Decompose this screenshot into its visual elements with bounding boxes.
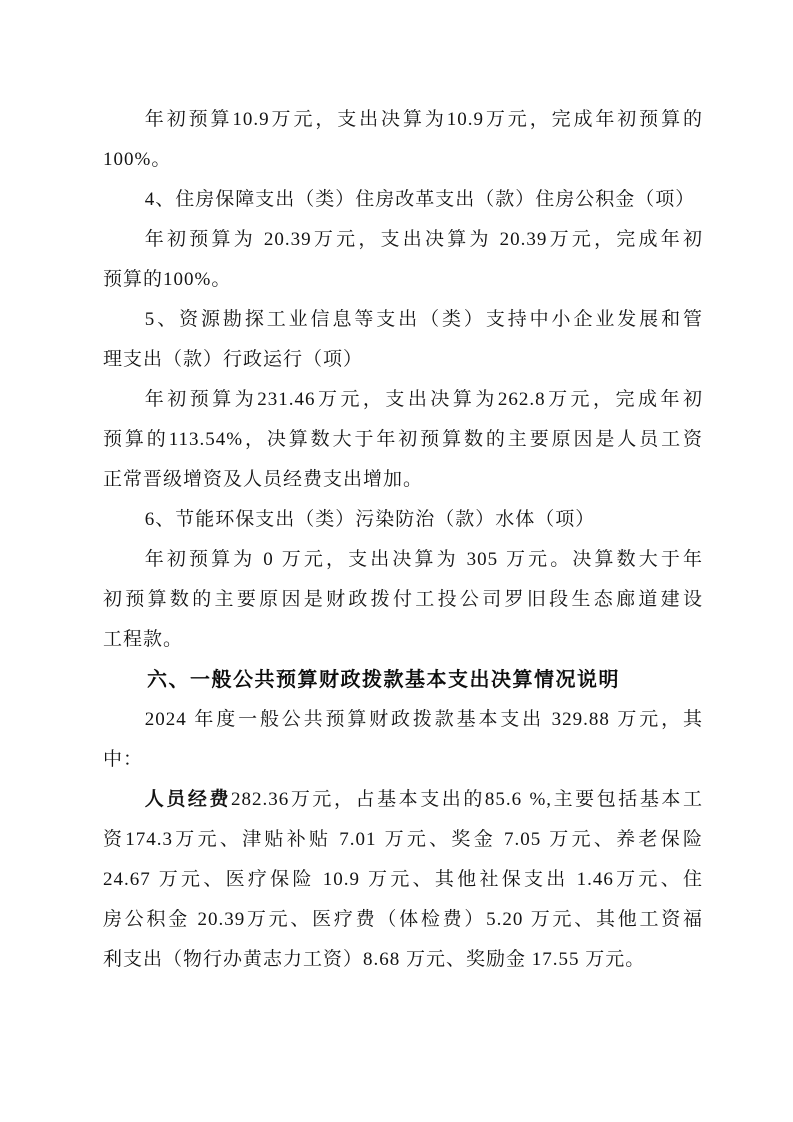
para-item-4-detail: 年初预算为 20.39万元，支出决算为 20.39万元，完成年初预算的100%。 <box>103 220 703 300</box>
paragraph-line: 理支出（款）行政运行（项） <box>103 340 703 380</box>
text-segment: 中： <box>103 749 143 770</box>
paragraph-line: 中： <box>103 740 703 780</box>
text-segment: 预算的113.54%，决算数大于年初预算数的主要原因是人员工资 <box>103 429 703 450</box>
para-item-5-detail: 年初预算为231.46万元，支出决算为262.8万元，完成年初预算的113.54… <box>103 380 703 500</box>
para-item-6-title: 6、节能环保支出（类）污染防治（款）水体（项） <box>103 500 703 540</box>
paragraph-line: 年初预算为 0 万元，支出决算为 305 万元。决算数大于年 <box>103 540 703 580</box>
para-item-6-detail: 年初预算为 0 万元，支出决算为 305 万元。决算数大于年初预算数的主要原因是… <box>103 540 703 660</box>
text-segment: 预算的100%。 <box>103 269 231 290</box>
text-segment: 工程款。 <box>103 629 183 650</box>
paragraph-line: 4、住房保障支出（类）住房改革支出（款）住房公积金（项） <box>103 180 703 220</box>
paragraph-line: 年初预算为 20.39万元，支出决算为 20.39万元，完成年初 <box>103 220 703 260</box>
document-page: 年初预算10.9万元，支出决算为10.9万元，完成年初预算的100%。4、住房保… <box>0 0 793 1122</box>
para-item-5-title: 5、资源勘探工业信息等支出（类）支持中小企业发展和管理支出（款）行政运行（项） <box>103 300 703 380</box>
text-segment: 利支出（物行办黄志力工资）8.68 万元、奖励金 17.55 万元。 <box>103 949 645 970</box>
paragraph-line: 人员经费282.36万元，占基本支出的85.6 %,主要包括基本工 <box>103 780 703 820</box>
heading-section-six: 六、一般公共预算财政拨款基本支出决算情况说明 <box>103 660 703 700</box>
text-segment: 年初预算为 20.39万元，支出决算为 20.39万元，完成年初 <box>145 229 703 250</box>
paragraph-line: 2024 年度一般公共预算财政拨款基本支出 329.88 万元，其 <box>103 700 703 740</box>
para-item-4-title: 4、住房保障支出（类）住房改革支出（款）住房公积金（项） <box>103 180 703 220</box>
text-segment: 年初预算为231.46万元，支出决算为262.8万元，完成年初 <box>145 389 703 410</box>
paragraph-line: 24.67 万元、医疗保险 10.9 万元、其他社保支出 1.46万元、住 <box>103 860 703 900</box>
text-segment: 理支出（款）行政运行（项） <box>103 349 363 370</box>
paragraph-line: 预算的113.54%，决算数大于年初预算数的主要原因是人员工资 <box>103 420 703 460</box>
text-segment: 6、节能环保支出（类）污染防治（款）水体（项） <box>145 509 596 530</box>
text-segment-bold: 人员经费 <box>145 789 231 810</box>
text-segment: 4、住房保障支出（类）住房改革支出（款）住房公积金（项） <box>145 189 696 210</box>
text-segment: 100%。 <box>103 149 171 170</box>
text-segment: 资174.3万元、津贴补贴 7.01 万元、奖金 7.05 万元、养老保险 <box>103 829 703 850</box>
paragraph-line: 年初预算为231.46万元，支出决算为262.8万元，完成年初 <box>103 380 703 420</box>
paragraph-line: 初预算数的主要原因是财政拨付工投公司罗旧段生态廊道建设 <box>103 580 703 620</box>
text-segment-bold: 六、一般公共预算财政拨款基本支出决算情况说明 <box>147 669 620 691</box>
paragraph-line: 资174.3万元、津贴补贴 7.01 万元、奖金 7.05 万元、养老保险 <box>103 820 703 860</box>
paragraph-line: 100%。 <box>103 140 703 180</box>
text-segment: 年初预算10.9万元，支出决算为10.9万元，完成年初预算的 <box>145 109 703 130</box>
para-basic-expenditure-total: 2024 年度一般公共预算财政拨款基本支出 329.88 万元，其中： <box>103 700 703 780</box>
text-segment: 年初预算为 0 万元，支出决算为 305 万元。决算数大于年 <box>145 549 703 570</box>
paragraph-line: 房公积金 20.39万元、医疗费（体检费）5.20 万元、其他工资福 <box>103 900 703 940</box>
document-body: 年初预算10.9万元，支出决算为10.9万元，完成年初预算的100%。4、住房保… <box>103 100 703 980</box>
paragraph-line: 6、节能环保支出（类）污染防治（款）水体（项） <box>103 500 703 540</box>
text-segment: 正常晋级增资及人员经费支出增加。 <box>103 469 423 490</box>
text-segment: 282.36万元，占基本支出的85.6 %,主要包括基本工 <box>231 789 703 810</box>
paragraph-line: 利支出（物行办黄志力工资）8.68 万元、奖励金 17.55 万元。 <box>103 940 703 980</box>
paragraph-line: 5、资源勘探工业信息等支出（类）支持中小企业发展和管 <box>103 300 703 340</box>
text-segment: 5、资源勘探工业信息等支出（类）支持中小企业发展和管 <box>145 309 703 330</box>
paragraph-line: 工程款。 <box>103 620 703 660</box>
paragraph-line: 预算的100%。 <box>103 260 703 300</box>
para-item-3-detail: 年初预算10.9万元，支出决算为10.9万元，完成年初预算的100%。 <box>103 100 703 180</box>
text-segment: 24.67 万元、医疗保险 10.9 万元、其他社保支出 1.46万元、住 <box>103 869 703 890</box>
text-segment: 初预算数的主要原因是财政拨付工投公司罗旧段生态廊道建设 <box>103 589 703 610</box>
paragraph-line: 年初预算10.9万元，支出决算为10.9万元，完成年初预算的 <box>103 100 703 140</box>
text-segment: 2024 年度一般公共预算财政拨款基本支出 329.88 万元，其 <box>145 709 703 730</box>
paragraph-line: 六、一般公共预算财政拨款基本支出决算情况说明 <box>103 660 703 700</box>
text-segment: 房公积金 20.39万元、医疗费（体检费）5.20 万元、其他工资福 <box>103 909 703 930</box>
paragraph-line: 正常晋级增资及人员经费支出增加。 <box>103 460 703 500</box>
para-personnel-expenses: 人员经费282.36万元，占基本支出的85.6 %,主要包括基本工资174.3万… <box>103 780 703 980</box>
